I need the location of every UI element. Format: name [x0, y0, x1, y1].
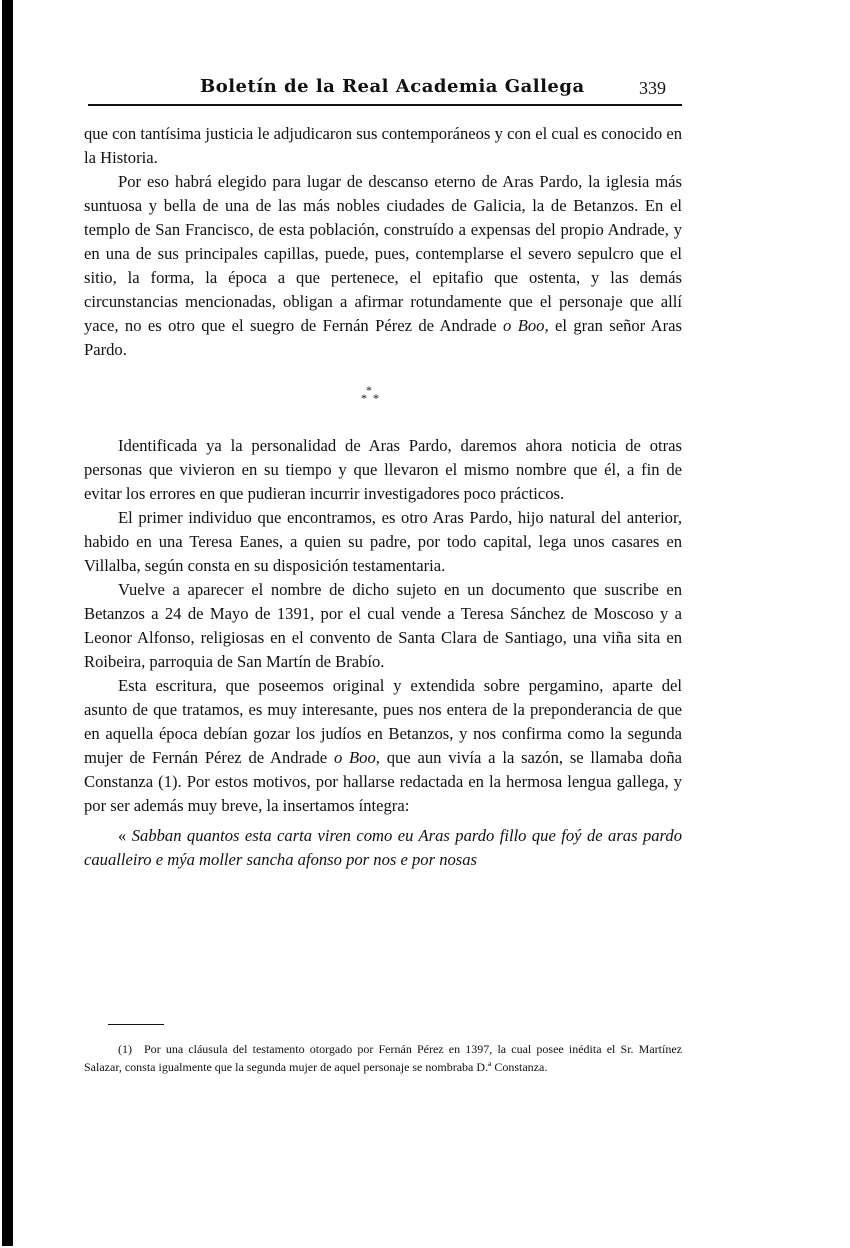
body-text: que con tantísima justicia le adjudicaro… [84, 122, 682, 872]
paragraph-text: Por eso habrá elegido para lugar de desc… [84, 172, 682, 335]
asterisk-icon: * [361, 386, 367, 410]
paragraph: Identificada ya la personalidad de Aras … [84, 434, 682, 506]
paragraph-continuation: que con tantísima justicia le adjudicaro… [84, 122, 682, 170]
quote-open-mark: « [118, 826, 126, 845]
paragraph: Por eso habrá elegido para lugar de desc… [84, 170, 682, 362]
footnote-rule [108, 1024, 164, 1025]
header-rule [88, 104, 682, 106]
footnote-mark: (1) [118, 1042, 132, 1056]
italic-phrase: o Boo [503, 316, 544, 335]
quoted-document: « Sabban quantos esta carta viren como e… [84, 824, 682, 872]
section-break-asterism: * * * [84, 362, 682, 434]
italic-phrase: o Boo [334, 748, 376, 767]
page-number: 339 [639, 78, 666, 99]
scan-binding-edge [2, 0, 13, 1246]
running-header: Boletín de la Real Academia Gallega 339 [88, 76, 684, 106]
paragraph: El primer individuo que encontramos, es … [84, 506, 682, 578]
running-title: Boletín de la Real Academia Gallega [200, 76, 585, 97]
quote-text: Sabban quantos esta carta viren como eu … [84, 826, 682, 869]
paragraph: Esta escritura, que poseemos original y … [84, 674, 682, 818]
footnote: (1)Por una cláusula del testamento otorg… [84, 1040, 682, 1076]
footnotes: (1)Por una cláusula del testamento otorg… [84, 1040, 682, 1076]
asterisk-icon: * [373, 386, 379, 410]
footnote-text: Por una cláusula del testamento otorgado… [84, 1042, 682, 1074]
paragraph: Vuelve a aparecer el nombre de dicho suj… [84, 578, 682, 674]
